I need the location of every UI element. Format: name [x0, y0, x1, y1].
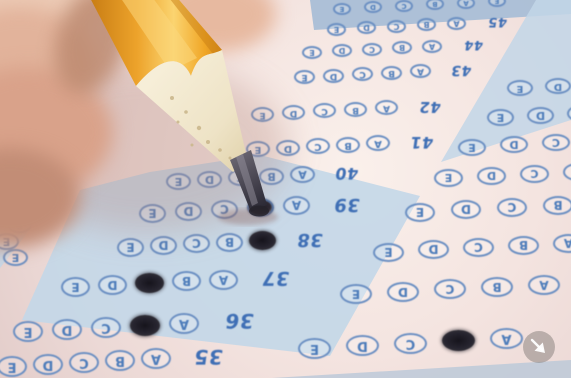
watermark-expand-button[interactable] — [523, 331, 555, 363]
pencil-tip-shadow — [218, 209, 278, 225]
pencil-contact-mark — [249, 206, 269, 217]
pencil — [0, 0, 571, 378]
scantron-photo-scene: EDCBAEEDCBA45EDCBA44EDCBA43EDCBA42EDCBA4… — [0, 0, 571, 378]
arrow-icon — [523, 331, 555, 363]
